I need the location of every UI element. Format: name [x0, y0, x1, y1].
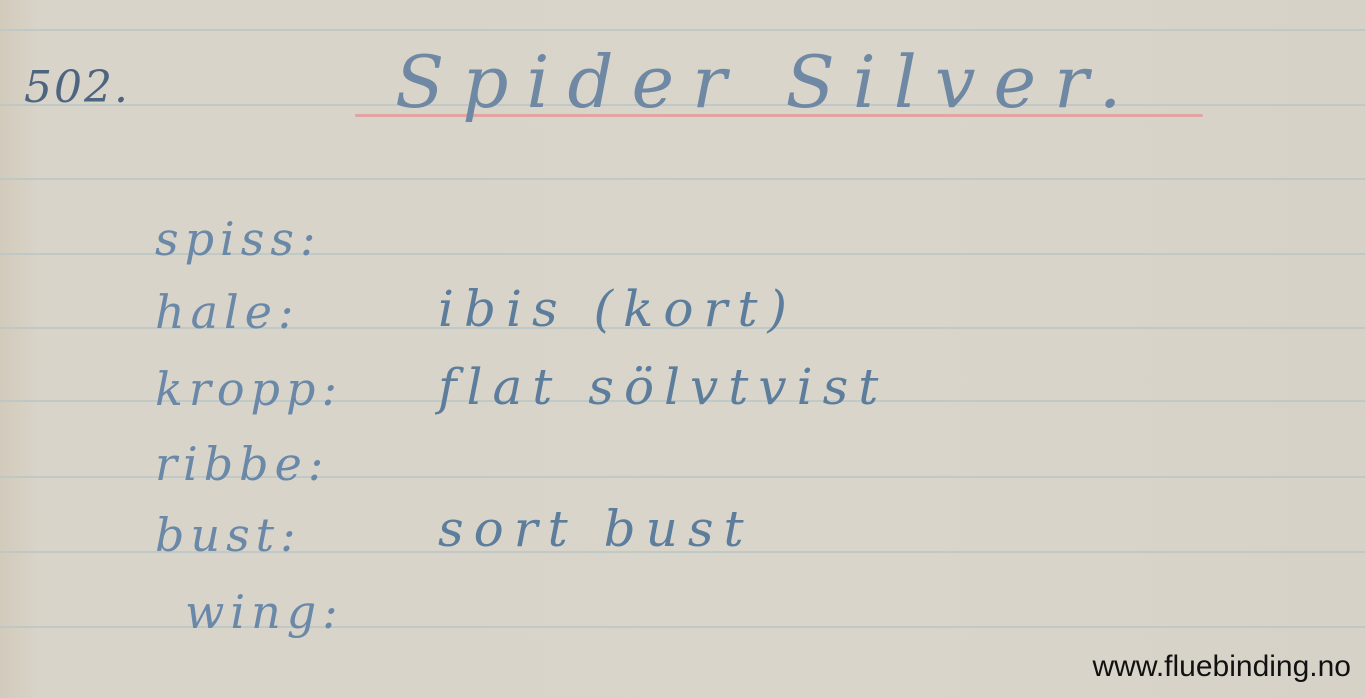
field-value-bust: sort bust — [438, 500, 754, 558]
watermark-url: www.fluebinding.no — [1092, 650, 1351, 684]
field-label-ribbe: ribbe: — [155, 437, 329, 491]
notebook-page: 502. Spider Silver. spiss: hale: ibis (k… — [0, 0, 1365, 698]
ruled-line — [0, 178, 1365, 180]
pattern-title: Spider Silver. — [395, 40, 1140, 124]
entry-number: 502. — [24, 62, 130, 113]
field-value-hale: ibis (kort) — [438, 280, 797, 338]
field-label-wing: wing: — [185, 585, 344, 639]
ruled-line — [0, 29, 1365, 31]
field-label-hale: hale: — [155, 285, 299, 339]
field-value-kropp: flat sölvtvist — [438, 358, 888, 416]
field-label-kropp: kropp: — [155, 362, 343, 416]
field-label-spiss: spiss: — [155, 212, 321, 266]
field-label-bust: bust: — [155, 508, 302, 562]
